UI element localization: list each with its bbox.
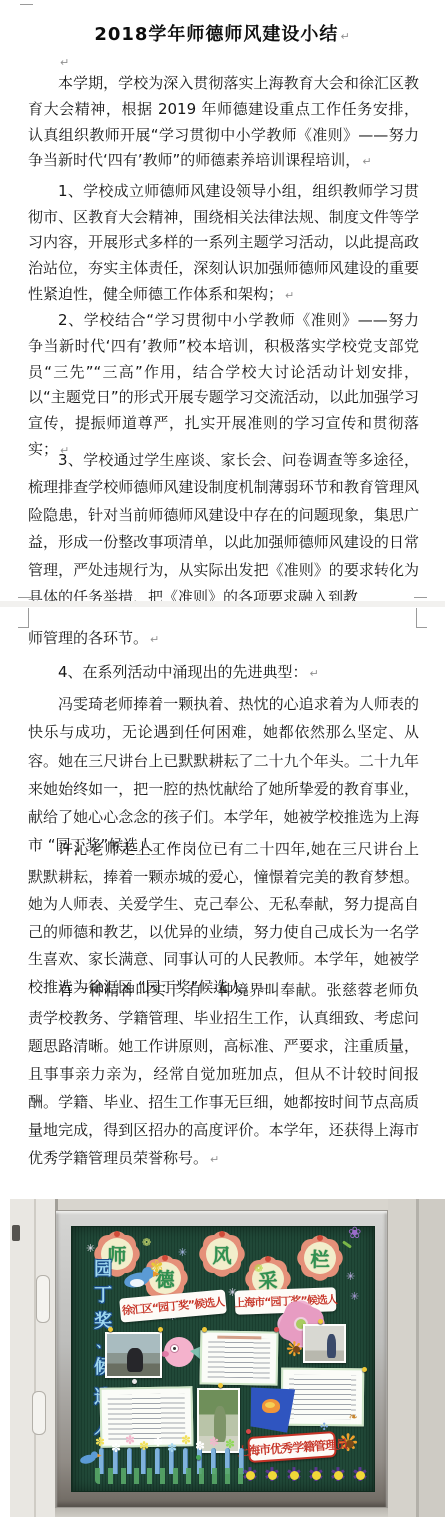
- banner-text: 徐汇区“园丁奖”候选人: [121, 1294, 224, 1319]
- push-pin: [318, 1319, 323, 1324]
- fence-flower: ✽: [153, 1436, 163, 1448]
- snowflake-decoration: ✳: [178, 1247, 187, 1258]
- banner-xuhui-award: 徐汇区“园丁奖”候选人: [119, 1289, 227, 1322]
- sheet-text-lines: [208, 1337, 271, 1378]
- flower-center: 栏: [304, 1242, 336, 1274]
- paragraph-mark: ↵: [362, 155, 371, 168]
- fence-flower: ✽: [181, 1434, 191, 1446]
- snowflake-decoration: ✳: [350, 1291, 359, 1302]
- paragraph-text: 许沁老师走上工作岗位已有二十四年,她在三尺讲台上默默耕耘，捧着一颗赤城的爱心，憧…: [28, 840, 419, 996]
- title-flower: 栏: [298, 1236, 342, 1280]
- fence-flower: ✽: [195, 1440, 205, 1452]
- paragraph-text: 有一种精神叫实干,有一种境界叫奉献。张慈蓉老师负责学校教务、学籍管理、毕业招生工…: [28, 981, 419, 1167]
- banner-registrar-award: 上海市优秀学籍管理员: [247, 1431, 337, 1463]
- flower-center: 风: [206, 1238, 238, 1270]
- push-pin: [108, 1327, 113, 1332]
- fence-grass: [95, 1468, 247, 1484]
- photo-content: [305, 1326, 344, 1361]
- paragraph-text: 2、学校结合“学习贯彻中小学教师《准则》——努力争当新时代‘四有’教师”校本培训…: [28, 311, 419, 458]
- fish-lips: [161, 1351, 169, 1357]
- person-figure: [327, 1334, 336, 1358]
- flower-dot: [265, 1256, 271, 1262]
- flower-dot: [219, 1231, 225, 1237]
- fence-flower: ✽: [139, 1440, 149, 1452]
- page-corner-mark: [20, 4, 33, 5]
- blank-paragraph: ↵: [28, 52, 419, 70]
- fence-flower: ✽: [225, 1438, 235, 1450]
- push-pin: [246, 1429, 251, 1434]
- door-edge: [10, 1199, 58, 1517]
- door-lock: [12, 1225, 20, 1241]
- paragraph-item-1: 1、学校成立师德师风建设领导小组，组织教师学习贯彻市、区教育大会精神，围绕相关法…: [28, 179, 419, 309]
- page-title-text: 2018学年师德师风建设小结: [94, 24, 338, 45]
- push-pin: [158, 1327, 163, 1332]
- document-page-1: 2018学年师德师风建设小结↵ ↵ 本学期，学校为深入贯彻落实上海教育大会和徐汇…: [0, 0, 445, 602]
- tulip-decoration: ❀: [348, 1225, 361, 1241]
- paragraph-item-2: 2、学校结合“学习贯彻中小学教师《准则》——努力争当新时代‘四有’教师”校本培训…: [28, 308, 419, 464]
- purple-flower: ✱: [262, 1465, 282, 1485]
- snowflake-decoration: ✳: [86, 1243, 95, 1254]
- paragraph-text: 师管理的各环节。: [28, 629, 148, 647]
- orange-bird-decoration: [262, 1399, 280, 1413]
- page-title: 2018学年师德师风建设小结↵: [0, 20, 445, 46]
- page-gap: [0, 601, 445, 607]
- push-pin: [362, 1367, 367, 1372]
- push-pin: [202, 1327, 207, 1332]
- dog-sticker: ❧: [349, 1411, 358, 1422]
- paragraph-teacher-zhang: 有一种精神叫实干,有一种境界叫奉献。张慈蓉老师负责学校教务、学籍管理、毕业招生工…: [28, 976, 419, 1174]
- push-pin: [132, 1379, 137, 1384]
- banner-text: 上海市优秀学籍管理员: [237, 1435, 348, 1460]
- purple-flower: ✱: [328, 1465, 348, 1485]
- document-page-2: 师管理的各环节。↵ 4、在系列活动中涌现出的先进典型：↵ 冯雯琦老师捧着一颗执着…: [0, 608, 445, 1529]
- flower-dot: [317, 1235, 323, 1241]
- title-flower: 风: [200, 1232, 244, 1276]
- flower-dot: [114, 1231, 120, 1237]
- fish-pupil: [173, 1347, 176, 1350]
- fence-flower: ✽: [111, 1442, 121, 1454]
- paragraph-mark: ↵: [150, 633, 159, 646]
- vertical-label-char: 园: [91, 1255, 115, 1281]
- green-board: 师 德 风 采: [71, 1226, 375, 1492]
- page-margin-mark: [18, 597, 31, 598]
- purple-flower: ✱: [240, 1465, 260, 1485]
- sheet-text-lines: [108, 1393, 186, 1440]
- bird-beak: [97, 1454, 101, 1458]
- page-margin-mark: [414, 597, 427, 598]
- door-panel-line: [34, 1199, 36, 1517]
- handwritten-text-sheet: [200, 1330, 279, 1385]
- paragraph-text: 3、学校通过学生座谈、家长会、问卷调查等多途径，梳理排查学校师德师风建设制度机制…: [28, 451, 419, 606]
- photo-content: [107, 1334, 160, 1376]
- maple-leaf-decoration: ✾: [150, 1259, 163, 1275]
- paragraph-item-4: 4、在系列活动中涌现出的先进典型：↵: [28, 658, 419, 688]
- purple-flower: ✱: [284, 1465, 304, 1485]
- sheet-text-lines: [289, 1375, 356, 1420]
- bird-wing: [265, 1402, 275, 1408]
- door-hinge: [36, 1275, 50, 1323]
- fence-flower: ✽: [125, 1434, 135, 1446]
- vertical-label-char: 丁: [91, 1281, 115, 1307]
- purple-flower: ✱: [306, 1465, 326, 1485]
- push-pin: [274, 1327, 279, 1332]
- paragraph-text: 冯雯琦老师捧着一颗执着、热忱的心追求着为人师表的快乐与成功，无论遇到任何困难，她…: [28, 695, 419, 854]
- paragraph-item-3-continued: 师管理的各环节。↵: [28, 624, 419, 654]
- sunflower-decoration: ❋: [286, 1339, 303, 1359]
- board-title-char: 风: [212, 1241, 231, 1268]
- wall: [388, 1199, 445, 1517]
- fence-flower: ✽: [95, 1436, 105, 1448]
- teacher-photo: [303, 1324, 346, 1363]
- push-pin: [218, 1383, 223, 1388]
- paragraph-text: 4、在系列活动中涌现出的先进典型：: [58, 663, 308, 681]
- board-title-char: 栏: [310, 1245, 329, 1272]
- paragraph-mark: ↵: [285, 289, 294, 302]
- purple-flower: ✱: [350, 1465, 370, 1485]
- snowflake-decoration: ✳: [346, 1271, 355, 1282]
- frame-shadow: [55, 1508, 388, 1517]
- bird-belly: [130, 1279, 144, 1287]
- person-figure: [127, 1348, 143, 1372]
- paragraph-item-3: 3、学校通过学生座谈、家长会、问卷调查等多途径，梳理排查学校师德师风建设制度机制…: [28, 447, 419, 611]
- steel-frame: 师 德 风 采: [55, 1210, 388, 1508]
- paragraph-text: 本学期，学校为深入贯彻落实上海教育大会和徐汇区教育大会精神，根据 2019 年师…: [28, 74, 419, 169]
- door-hinge: [32, 1391, 46, 1435]
- teacher-photo: [105, 1332, 162, 1378]
- leaf-decoration: ❁: [142, 1237, 151, 1248]
- fence-flower: ✽: [209, 1436, 219, 1448]
- leaf-decoration: ❁: [254, 1263, 263, 1274]
- paragraph-intro: 本学期，学校为深入贯彻落实上海教育大会和徐汇区教育大会精神，根据 2019 年师…: [28, 71, 419, 175]
- paragraph-mark: ↵: [60, 56, 69, 69]
- paragraph-text: 1、学校成立师德师风建设领导小组，组织教师学习贯彻市、区教育大会精神，围绕相关法…: [28, 182, 419, 303]
- paper-fence-decoration: ✽ ✽ ✽ ✽ ✽ ✽ ✽ ✽ ✽ ✽: [95, 1440, 247, 1490]
- fence-flower: ✽: [167, 1442, 177, 1454]
- push-pin: [196, 1455, 201, 1460]
- paragraph-mark: ↵: [210, 1153, 219, 1166]
- paragraph-mark: ↵: [340, 30, 350, 43]
- bulletin-board-photo: 师 德 风 采: [10, 1199, 445, 1517]
- paragraph-mark: ↵: [310, 667, 319, 680]
